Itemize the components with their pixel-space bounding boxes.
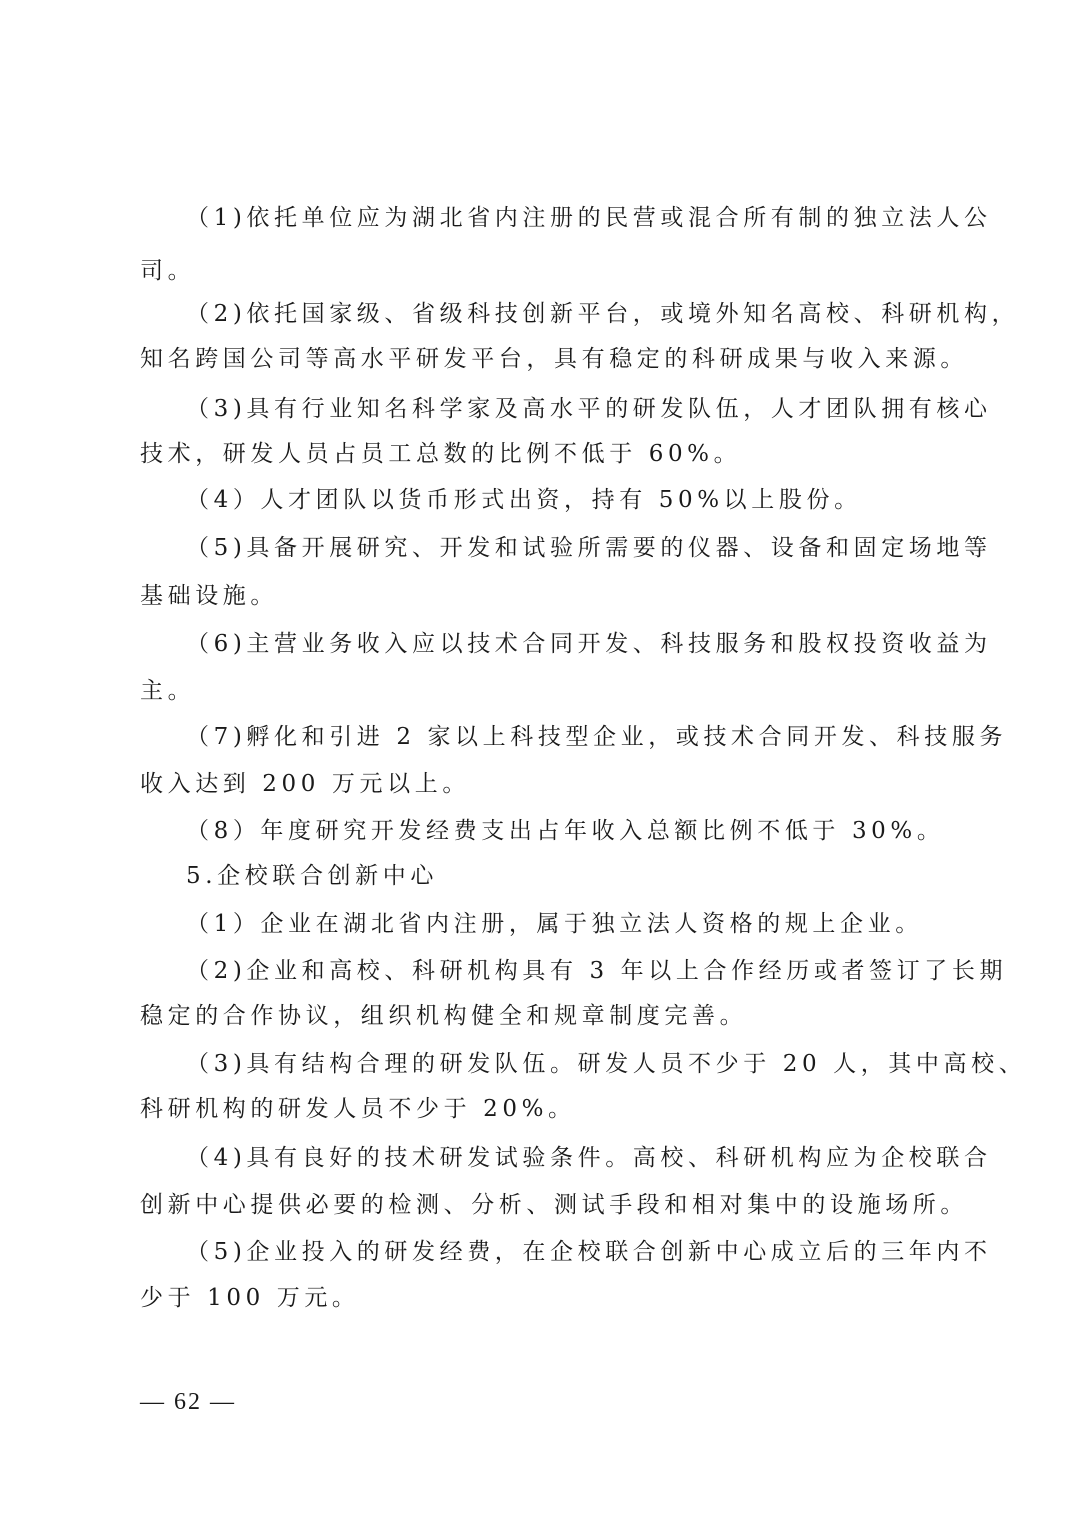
text-line: 稳定的合作协议，组织机构健全和规章制度完善。: [140, 1000, 920, 1032]
text-line: （1）企业在湖北省内注册，属于独立法人资格的规上企业。: [186, 908, 920, 940]
text-line: （7)孵化和引进 2 家以上科技型企业，或技术合同开发、科技服务: [186, 721, 920, 753]
text-line: 少于 100 万元。: [140, 1282, 920, 1314]
text-line: （4)具有良好的技术研发试验条件。高校、科研机构应为企校联合: [186, 1142, 920, 1174]
text-line: （1)依托单位应为湖北省内注册的民营或混合所有制的独立法人公: [186, 202, 920, 234]
text-line: 司。: [140, 255, 920, 287]
page-number: — 62 —: [140, 1386, 236, 1418]
text-line: （2)企业和高校、科研机构具有 3 年以上合作经历或者签订了长期: [186, 955, 920, 987]
text-line: （8）年度研究开发经费支出占年收入总额比例不低于 30%。: [186, 815, 920, 847]
text-line: 技术，研发人员占员工总数的比例不低于 60%。: [140, 438, 920, 470]
text-line: （5)企业投入的研发经费，在企校联合创新中心成立后的三年内不: [186, 1236, 920, 1268]
text-line: （3)具有结构合理的研发队伍。研发人员不少于 20 人，其中高校、: [186, 1048, 920, 1080]
text-line: 收入达到 200 万元以上。: [140, 768, 920, 800]
text-line: （4）人才团队以货币形式出资，持有 50%以上股份。: [186, 484, 920, 516]
document-page: （1)依托单位应为湖北省内注册的民营或混合所有制的独立法人公司。（2)依托国家级…: [0, 0, 1074, 1520]
text-line: （2)依托国家级、省级科技创新平台，或境外知名高校、科研机构，: [186, 298, 920, 330]
text-line: （6)主营业务收入应以技术合同开发、科技服务和股权投资收益为: [186, 628, 920, 660]
text-line: 科研机构的研发人员不少于 20%。: [140, 1093, 920, 1125]
text-line: 5.企校联合创新中心: [186, 860, 920, 892]
text-line: （3)具有行业知名科学家及高水平的研发队伍，人才团队拥有核心: [186, 393, 920, 425]
text-line: 创新中心提供必要的检测、分析、测试手段和相对集中的设施场所。: [140, 1189, 920, 1221]
text-line: 知名跨国公司等高水平研发平台，具有稳定的科研成果与收入来源。: [140, 343, 920, 375]
text-line: 基础设施。: [140, 580, 920, 612]
text-line: 主。: [140, 675, 920, 707]
text-line: （5)具备开展研究、开发和试验所需要的仪器、设备和固定场地等: [186, 532, 920, 564]
